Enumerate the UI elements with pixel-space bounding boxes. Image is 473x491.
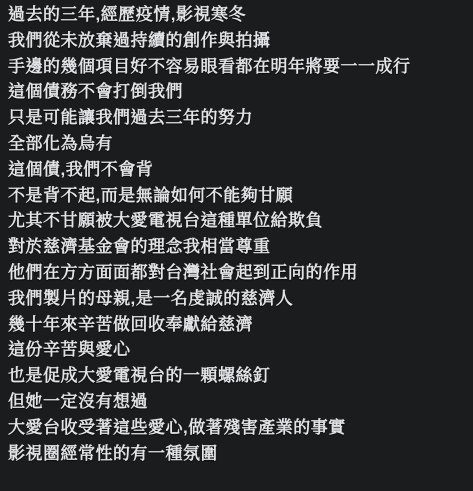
post-line: 他們在方方面面都對台灣社會起到正向的作用: [8, 260, 465, 286]
post-line: 我們製片的母親,是一名虔誠的慈濟人: [8, 286, 465, 312]
post-line: 過去的三年,經歷疫情,影視寒冬: [8, 2, 465, 28]
post-line: 也是促成大愛電視台的一顆螺絲釘: [8, 363, 465, 389]
post-line: 但她一定沒有想過: [8, 389, 465, 415]
post-line: 這份辛苦與愛心: [8, 337, 465, 363]
post-line: 大愛台收受著這些愛心,做著殘害產業的事實: [8, 415, 465, 441]
post-text: 過去的三年,經歷疫情,影視寒冬 我們從未放棄過持續的創作與拍攝 手邊的幾個項目好…: [0, 0, 473, 491]
post-line: 只是可能讓我們過去三年的努力: [8, 105, 465, 131]
post-line: 這個債,我們不會背: [8, 157, 465, 183]
post-line: 這個債務不會打倒我們: [8, 79, 465, 105]
post-line: 對於慈濟基金會的理念我相當尊重: [8, 234, 465, 260]
post-line: 我們從未放棄過持續的創作與拍攝: [8, 28, 465, 54]
post-line: 幾十年來辛苦做回收奉獻給慈濟: [8, 312, 465, 338]
post-line: 全部化為烏有: [8, 131, 465, 157]
post-line: 尤其不甘願被大愛電視台這種單位給欺負: [8, 208, 465, 234]
post-line: 不是背不起,而是無論如何不能夠甘願: [8, 183, 465, 209]
post-line: 影視圈經常性的有一種氛圍: [8, 441, 465, 467]
post-line: 手邊的幾個項目好不容易眼看都在明年將要一一成行: [8, 54, 465, 80]
